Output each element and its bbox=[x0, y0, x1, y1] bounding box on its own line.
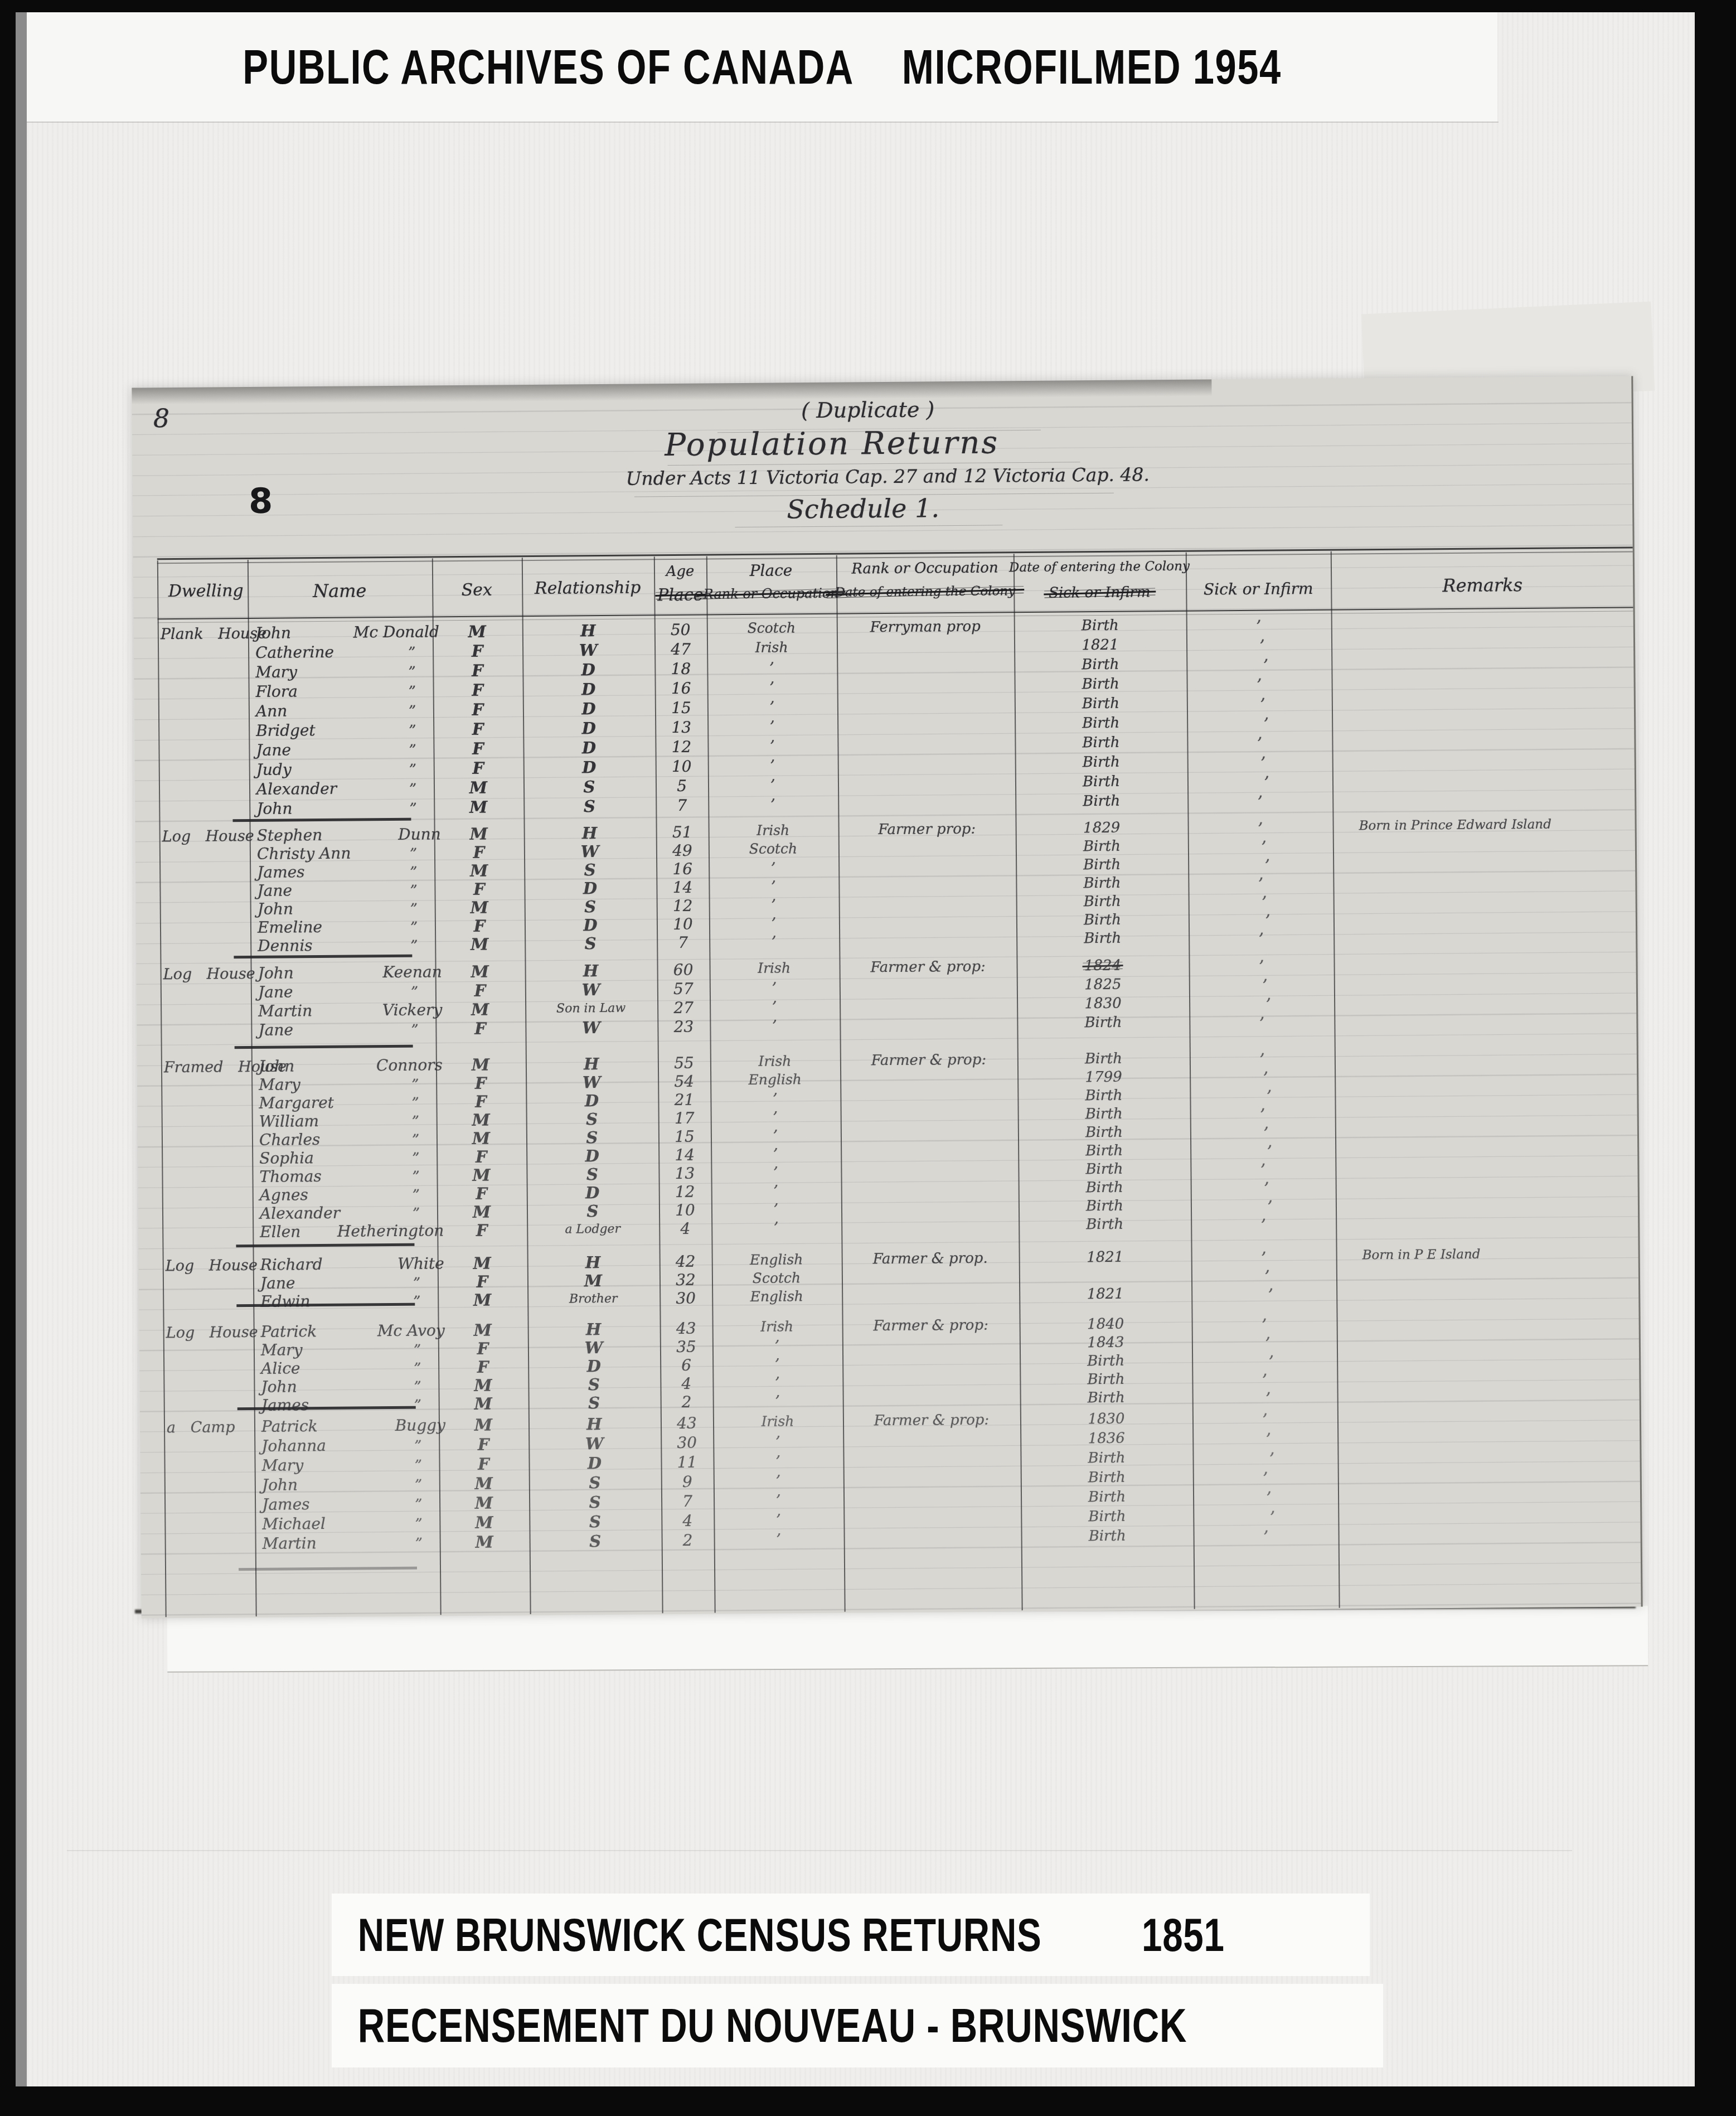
cell-place: ’ bbox=[715, 998, 833, 1017]
name-part: Dunn bbox=[398, 825, 441, 844]
cell-relationship: W bbox=[555, 1338, 633, 1358]
cell-name: JohnConnors bbox=[259, 1055, 450, 1076]
cell-age: 50 bbox=[658, 621, 703, 640]
name-ditto-mark: ” bbox=[410, 883, 418, 899]
cell-sex: M bbox=[462, 1513, 506, 1532]
cell-place: ’ bbox=[719, 1392, 837, 1411]
cell-date-of-entry: 1825 bbox=[1017, 976, 1189, 994]
cell-date-of-entry: 1830 bbox=[1017, 995, 1189, 1013]
cell-sick-tick: ’ bbox=[1240, 695, 1285, 715]
name-ditto-mark: ” bbox=[408, 645, 416, 661]
cell-place: ’ bbox=[718, 1373, 836, 1393]
cell-occupation: Ferryman prop bbox=[837, 618, 1014, 636]
cell-age: 7 bbox=[665, 1492, 710, 1511]
cell-sick-tick: ’ bbox=[1240, 1105, 1285, 1125]
cell-relationship: H bbox=[552, 1054, 631, 1074]
cell-relationship: Brother bbox=[554, 1292, 632, 1306]
cell-sex: M bbox=[457, 962, 502, 981]
name-ditto-mark: ” bbox=[410, 864, 418, 881]
cell-place: ’ bbox=[716, 1108, 835, 1127]
cell-place: Irish bbox=[716, 1053, 834, 1070]
cell-occupation: Farmer & prop: bbox=[842, 1316, 1020, 1334]
cell-relationship: S bbox=[556, 1512, 634, 1532]
cell-sex: M bbox=[458, 1000, 502, 1019]
cell-sick-tick: ’ bbox=[1246, 1389, 1291, 1409]
name-part: John bbox=[259, 1057, 294, 1076]
cell-sick-tick: ’ bbox=[1243, 1527, 1288, 1547]
cell-sick-tick: ’ bbox=[1249, 1352, 1293, 1372]
name-ditto-mark: ” bbox=[409, 742, 416, 759]
cell-sick-tick: ’ bbox=[1243, 1068, 1288, 1088]
name-ditto-mark: ” bbox=[409, 703, 416, 720]
cell-date-of-entry: 1824 bbox=[1016, 957, 1189, 975]
dwelling-label: Log House bbox=[162, 827, 254, 845]
cell-place: ’ bbox=[714, 756, 832, 776]
cell-sex: M bbox=[461, 1394, 506, 1413]
cell-age: 21 bbox=[662, 1091, 706, 1110]
name-part: Stephen bbox=[257, 826, 323, 845]
cell-place: ’ bbox=[716, 1090, 834, 1109]
header-bottom-rule bbox=[158, 607, 1633, 619]
cell-sick-tick: ’ bbox=[1238, 874, 1283, 894]
cell-sick-tick: ’ bbox=[1243, 976, 1287, 996]
name-ditto-mark: ” bbox=[412, 1169, 420, 1185]
cell-relationship: Son in Law bbox=[552, 1001, 630, 1016]
cell-sick-tick: ’ bbox=[1240, 1160, 1285, 1180]
cell-relationship: D bbox=[554, 1183, 632, 1203]
cell-relationship: H bbox=[555, 1320, 633, 1339]
cell-place: ’ bbox=[715, 979, 833, 998]
caption-english: NEW BRUNSWICK CENSUS RETURNS bbox=[358, 1908, 1042, 1962]
dwelling-label: Log House bbox=[166, 1257, 258, 1275]
name-ditto-mark: ” bbox=[409, 762, 417, 778]
film-edge-strip bbox=[16, 12, 27, 2086]
name-part: Patrick bbox=[261, 1322, 317, 1341]
cell-date-of-entry: Birth bbox=[1021, 1469, 1193, 1486]
cell-sex: M bbox=[456, 797, 501, 817]
name-ditto-mark: ” bbox=[410, 846, 418, 863]
name-ditto-mark: ” bbox=[415, 1477, 423, 1494]
cell-relationship: W bbox=[555, 1434, 633, 1454]
cell-relationship: S bbox=[551, 897, 629, 917]
cell-sex: F bbox=[455, 641, 500, 661]
cell-place: ’ bbox=[712, 658, 831, 678]
cell-sick-tick: ’ bbox=[1242, 893, 1287, 913]
cell-date-of-entry: 1840 bbox=[1020, 1315, 1192, 1333]
cell-occupation: Farmer prop: bbox=[838, 820, 1016, 838]
cell-relationship: S bbox=[553, 1165, 631, 1184]
cell-sex: F bbox=[458, 1019, 502, 1038]
column-header: Remarks bbox=[1349, 574, 1616, 597]
name-part: Connors bbox=[376, 1055, 443, 1074]
cell-age: 10 bbox=[663, 1201, 707, 1220]
struck-date: 1824 bbox=[1084, 957, 1121, 975]
cell-sex: F bbox=[460, 1272, 505, 1291]
cell-place: ’ bbox=[713, 717, 831, 737]
name-ditto-mark: ” bbox=[411, 1077, 419, 1093]
cell-sex: F bbox=[458, 981, 502, 1000]
cell-relationship: S bbox=[556, 1473, 634, 1493]
column-header: Date of entering the Colony bbox=[966, 559, 1233, 575]
cell-name: PatrickBuggy bbox=[261, 1416, 453, 1436]
cell-place: Scotch bbox=[717, 1270, 836, 1287]
table-column-line bbox=[1331, 551, 1340, 1608]
cell-date-of-entry: Birth bbox=[1019, 1179, 1191, 1197]
cell-place: ’ bbox=[716, 1163, 835, 1183]
cell-date-of-entry: Birth bbox=[1015, 714, 1187, 732]
name-ditto-mark: ” bbox=[409, 801, 417, 817]
cell-place: Scotch bbox=[712, 619, 831, 637]
cell-sick-tick: ’ bbox=[1239, 1014, 1284, 1034]
cell-age: 11 bbox=[665, 1453, 709, 1472]
cell-sick-tick: ’ bbox=[1244, 714, 1288, 734]
cell-relationship: W bbox=[549, 641, 627, 660]
cell-relationship: H bbox=[551, 824, 629, 843]
cell-age: 12 bbox=[661, 897, 705, 916]
cell-date-of-entry: 1830 bbox=[1020, 1410, 1192, 1428]
cell-sex: F bbox=[455, 700, 500, 719]
cell-place: ’ bbox=[713, 698, 831, 717]
cell-sick-tick: ’ bbox=[1243, 1410, 1287, 1430]
cell-name: PatrickMc Avoy bbox=[261, 1321, 453, 1341]
cell-remark: Born in Prince Edward Island bbox=[1359, 817, 1551, 834]
cell-sick-tick: ’ bbox=[1245, 1267, 1289, 1287]
cell-sex: M bbox=[457, 861, 501, 880]
name-part: Ellen bbox=[260, 1222, 300, 1241]
cell-occupation: Farmer & prop: bbox=[839, 958, 1016, 976]
page-number-stamp: 8 bbox=[249, 481, 273, 521]
cell-place: ’ bbox=[717, 1182, 835, 1201]
cell-age: 6 bbox=[664, 1356, 709, 1375]
cell-place: ’ bbox=[717, 1218, 835, 1238]
census-page: 88( Duplicate )Population ReturnsUnder A… bbox=[132, 376, 1642, 1618]
cell-age: 55 bbox=[662, 1054, 706, 1073]
cell-age: 2 bbox=[666, 1531, 710, 1550]
cell-sex: F bbox=[456, 758, 501, 778]
cell-relationship: D bbox=[551, 879, 629, 898]
cell-age: 5 bbox=[660, 777, 704, 796]
cell-date-of-entry: Birth bbox=[1018, 1124, 1190, 1141]
cell-sick-tick: ’ bbox=[1245, 856, 1289, 876]
cell-place: ’ bbox=[719, 1432, 837, 1452]
cell-sick-tick: ’ bbox=[1243, 656, 1288, 676]
name-ditto-mark: ” bbox=[413, 1205, 420, 1222]
cell-date-of-entry: Birth bbox=[1016, 856, 1188, 874]
cell-age: 18 bbox=[658, 660, 703, 679]
cell-place: ’ bbox=[719, 1491, 837, 1510]
cell-age: 16 bbox=[660, 860, 705, 879]
cell-relationship: S bbox=[550, 797, 628, 816]
cell-age: 27 bbox=[661, 999, 706, 1018]
cell-place: Scotch bbox=[714, 840, 832, 858]
cell-date-of-entry: Birth bbox=[1019, 1197, 1191, 1215]
cell-relationship: D bbox=[550, 719, 628, 738]
cell-date-of-entry: Birth bbox=[1020, 1449, 1192, 1467]
cell-sick-tick: ’ bbox=[1241, 753, 1286, 773]
cell-place: ’ bbox=[719, 1471, 837, 1491]
cell-sex: F bbox=[455, 661, 500, 680]
cell-age: 30 bbox=[663, 1289, 708, 1308]
cell-sex: M bbox=[455, 622, 500, 641]
cell-age: 42 bbox=[663, 1252, 708, 1271]
title-schedule: Schedule 1. bbox=[751, 493, 974, 525]
cell-age: 10 bbox=[661, 915, 705, 934]
caption-french: RECENSEMENT DU NOUVEAU - BRUNSWICK bbox=[358, 1998, 1187, 2054]
cell-remark: Born in P E Island bbox=[1362, 1247, 1481, 1263]
cell-place: English bbox=[717, 1251, 836, 1268]
film-scratch bbox=[27, 122, 1499, 123]
cell-date-of-entry: Birth bbox=[1019, 1216, 1191, 1233]
name-ditto-mark: ” bbox=[414, 1438, 422, 1455]
cell-relationship: H bbox=[551, 961, 629, 981]
cell-sick-tick: ’ bbox=[1240, 636, 1284, 656]
cell-age: 10 bbox=[660, 757, 704, 776]
cell-age: 14 bbox=[660, 878, 705, 897]
cell-name: EllenHetherington bbox=[260, 1221, 452, 1241]
cell-relationship: S bbox=[555, 1375, 633, 1394]
cell-place: ’ bbox=[715, 1016, 833, 1036]
cell-date-of-entry: Birth bbox=[1015, 792, 1187, 810]
name-part: Mc Donald bbox=[353, 622, 439, 641]
cell-place: ’ bbox=[716, 1126, 835, 1146]
cell-place: ’ bbox=[716, 1145, 835, 1164]
cell-age: 35 bbox=[664, 1338, 709, 1357]
cell-sex: F bbox=[458, 1073, 503, 1093]
cell-sick-tick: ’ bbox=[1239, 957, 1283, 977]
cell-age: 32 bbox=[663, 1271, 708, 1290]
name-ditto-mark: ” bbox=[410, 919, 418, 936]
cell-sick-tick: ’ bbox=[1236, 675, 1281, 695]
cell-place: ’ bbox=[715, 895, 833, 915]
cell-sex: M bbox=[462, 1532, 507, 1552]
cell-sick-tick: ’ bbox=[1242, 1248, 1286, 1268]
cell-date-of-entry: 1829 bbox=[1016, 819, 1188, 837]
cell-age: 49 bbox=[660, 841, 705, 860]
cell-sex: F bbox=[460, 1339, 505, 1358]
cell-sex: F bbox=[459, 1221, 504, 1240]
cell-sex: F bbox=[455, 739, 500, 758]
caption-banner-english: NEW BRUNSWICK CENSUS RETURNS 1851 bbox=[332, 1894, 1370, 1976]
cell-date-of-entry: 1821 bbox=[1019, 1285, 1191, 1303]
cell-place: Irish bbox=[719, 1413, 837, 1430]
cell-relationship: H bbox=[549, 621, 627, 641]
name-ditto-mark: ” bbox=[414, 1342, 421, 1359]
cell-sex: F bbox=[459, 1147, 503, 1166]
cell-sick-tick: ’ bbox=[1238, 792, 1282, 812]
cell-date-of-entry: 1836 bbox=[1020, 1430, 1192, 1447]
cell-place: ’ bbox=[718, 1355, 836, 1374]
cell-date-of-entry: Birth bbox=[1021, 1527, 1193, 1545]
cell-place: Irish bbox=[718, 1318, 836, 1335]
cell-sex: M bbox=[462, 1474, 506, 1493]
cell-sick-tick: ’ bbox=[1238, 819, 1283, 839]
cell-name: RichardWhite bbox=[260, 1254, 452, 1274]
name-ditto-mark: ” bbox=[414, 1458, 422, 1474]
cell-date-of-entry: Birth bbox=[1014, 656, 1186, 674]
cell-name: StephenDunn bbox=[257, 825, 449, 845]
name-ditto-mark: ” bbox=[414, 1360, 421, 1377]
cell-relationship: W bbox=[552, 1073, 631, 1092]
name-part: Keenan bbox=[382, 962, 442, 981]
cell-sick-tick: ’ bbox=[1239, 929, 1283, 950]
name-part: Hetherington bbox=[337, 1221, 444, 1241]
cell-name: MartinVickery bbox=[258, 1000, 450, 1020]
cell-date-of-entry: Birth bbox=[1016, 837, 1188, 855]
name-part: John bbox=[258, 963, 293, 982]
cell-sex: F bbox=[461, 1435, 506, 1454]
name-ditto-mark: ” bbox=[413, 1294, 421, 1310]
cell-relationship: W bbox=[551, 842, 629, 861]
name-ditto-mark: ” bbox=[410, 901, 418, 918]
cell-age: 47 bbox=[658, 640, 703, 659]
film-scratch bbox=[67, 1850, 1572, 1851]
cell-age: 54 bbox=[662, 1072, 706, 1091]
dwelling-label: Plank House bbox=[161, 625, 267, 643]
name-ditto-mark: ” bbox=[412, 1113, 420, 1130]
cell-relationship: D bbox=[552, 1091, 631, 1111]
cell-place: ’ bbox=[714, 795, 832, 815]
cell-relationship: D bbox=[549, 660, 627, 680]
name-part: Martin bbox=[258, 1001, 312, 1020]
cell-place: ’ bbox=[715, 914, 833, 933]
cell-date-of-entry: Birth bbox=[1016, 874, 1188, 892]
cell-sick-tick: ’ bbox=[1246, 1430, 1291, 1450]
cell-sex: M bbox=[459, 1202, 504, 1222]
cell-sick-tick: ’ bbox=[1247, 1087, 1291, 1107]
cell-sick-tick: ’ bbox=[1250, 1508, 1294, 1528]
cell-date-of-entry: Birth bbox=[1014, 675, 1186, 693]
name-part: John bbox=[255, 623, 291, 642]
cell-sex: F bbox=[459, 1184, 504, 1203]
name-ditto-mark: ” bbox=[411, 984, 419, 1001]
family-separator bbox=[239, 1567, 417, 1571]
cell-sick-tick: ’ bbox=[1243, 1469, 1288, 1489]
cell-sex: F bbox=[461, 1454, 506, 1474]
cell-date-of-entry: Birth bbox=[1020, 1371, 1192, 1388]
cell-date-of-entry: Birth bbox=[1021, 1488, 1193, 1506]
name-part: Richard bbox=[260, 1255, 323, 1274]
cell-occupation: Farmer & prop: bbox=[840, 1051, 1017, 1069]
table-column-line bbox=[522, 558, 531, 1614]
cell-sex: M bbox=[457, 898, 502, 917]
cell-sex: M bbox=[461, 1415, 506, 1435]
name-ditto-mark: ” bbox=[410, 938, 418, 955]
cell-relationship: D bbox=[550, 758, 628, 777]
cell-age: 4 bbox=[663, 1219, 707, 1238]
cell-sick-tick: ’ bbox=[1244, 1179, 1289, 1199]
cell-relationship: S bbox=[556, 1532, 634, 1551]
table-column-line bbox=[836, 555, 846, 1612]
cell-date-of-entry: 1799 bbox=[1017, 1068, 1190, 1086]
cell-relationship: D bbox=[550, 699, 628, 719]
cell-relationship: S bbox=[556, 1493, 634, 1512]
name-ditto-mark: ” bbox=[411, 1022, 419, 1039]
cell-date-of-entry: Birth bbox=[1015, 695, 1187, 713]
cell-sick-tick: ’ bbox=[1242, 1315, 1287, 1335]
cell-age: 15 bbox=[662, 1127, 707, 1146]
cell-date-of-entry: Birth bbox=[1016, 893, 1189, 911]
cell-relationship: S bbox=[555, 1393, 633, 1413]
cell-age: 13 bbox=[662, 1164, 707, 1183]
cell-age: 16 bbox=[659, 679, 704, 698]
family-separator bbox=[236, 1243, 414, 1248]
cell-place: ’ bbox=[715, 932, 833, 952]
cell-sex: M bbox=[460, 1320, 505, 1340]
name-ditto-mark: ” bbox=[408, 664, 416, 681]
title-underline bbox=[735, 525, 1002, 527]
cell-age: 23 bbox=[661, 1018, 706, 1037]
name-ditto-mark: ” bbox=[412, 1132, 420, 1149]
cell-age: 51 bbox=[660, 823, 705, 842]
name-part: Patrick bbox=[261, 1417, 318, 1436]
cell-age: 15 bbox=[659, 699, 704, 718]
cell-relationship: S bbox=[551, 860, 629, 880]
cell-sex: F bbox=[457, 916, 502, 936]
cell-date-of-entry: Birth bbox=[1017, 1050, 1190, 1068]
cell-sex: F bbox=[460, 1357, 505, 1377]
cell-sick-tick: ’ bbox=[1246, 995, 1291, 1015]
cell-sex: M bbox=[460, 1253, 505, 1273]
name-ditto-mark: ” bbox=[414, 1379, 421, 1396]
cell-place: ’ bbox=[713, 737, 831, 756]
cell-relationship: S bbox=[550, 777, 628, 797]
cell-relationship: D bbox=[555, 1357, 633, 1376]
cell-relationship: D bbox=[550, 680, 628, 699]
cell-date-of-entry: Birth bbox=[1017, 1014, 1189, 1032]
cell-age: 2 bbox=[665, 1393, 709, 1412]
cell-date-of-entry: 1821 bbox=[1019, 1248, 1191, 1266]
cell-place: ’ bbox=[714, 776, 832, 795]
page-number-handwritten: 8 bbox=[153, 403, 170, 433]
cell-sex: M bbox=[459, 1129, 503, 1148]
cell-place: English bbox=[716, 1071, 834, 1088]
cell-occupation: Farmer & prop: bbox=[843, 1411, 1020, 1429]
cell-sex: M bbox=[458, 1055, 503, 1074]
table-column-line bbox=[157, 560, 167, 1617]
cell-age: 43 bbox=[664, 1319, 709, 1338]
archives-title: PUBLIC ARCHIVES OF CANADA bbox=[243, 38, 854, 95]
name-part: White bbox=[397, 1254, 444, 1273]
cell-name: JohnKeenan bbox=[258, 962, 449, 982]
name-ditto-mark: ” bbox=[409, 723, 416, 739]
cell-place: English bbox=[717, 1288, 836, 1305]
cell-sick-tick: ’ bbox=[1247, 1142, 1292, 1162]
name-ditto-mark: ” bbox=[411, 1095, 419, 1112]
cell-sick-tick: ’ bbox=[1249, 1449, 1294, 1469]
cell-relationship: H bbox=[555, 1415, 633, 1434]
cell-date-of-entry: 1843 bbox=[1020, 1334, 1192, 1352]
cell-date-of-entry: Birth bbox=[1016, 911, 1189, 929]
cell-place: Irish bbox=[712, 639, 831, 656]
cell-sex: F bbox=[457, 879, 501, 899]
cell-age: 13 bbox=[659, 718, 704, 737]
cell-age: 12 bbox=[659, 738, 704, 757]
name-ditto-mark: ” bbox=[413, 1187, 420, 1204]
cell-age: 14 bbox=[662, 1146, 707, 1165]
cell-relationship: S bbox=[554, 1202, 632, 1221]
cell-name: JohnMc Donald bbox=[255, 622, 447, 642]
family-separator bbox=[235, 1045, 413, 1049]
cell-place: ’ bbox=[714, 859, 832, 878]
cell-sex: F bbox=[455, 719, 500, 739]
cell-sick-tick: ’ bbox=[1245, 1334, 1290, 1354]
caption-year: 1851 bbox=[1142, 1908, 1225, 1962]
cell-relationship: S bbox=[551, 934, 629, 953]
cell-place: ’ bbox=[718, 1337, 836, 1356]
caption-banner-french: RECENSEMENT DU NOUVEAU - BRUNSWICK bbox=[332, 1984, 1383, 2067]
cell-age: 7 bbox=[661, 933, 705, 952]
name-ditto-mark: ” bbox=[409, 781, 417, 798]
